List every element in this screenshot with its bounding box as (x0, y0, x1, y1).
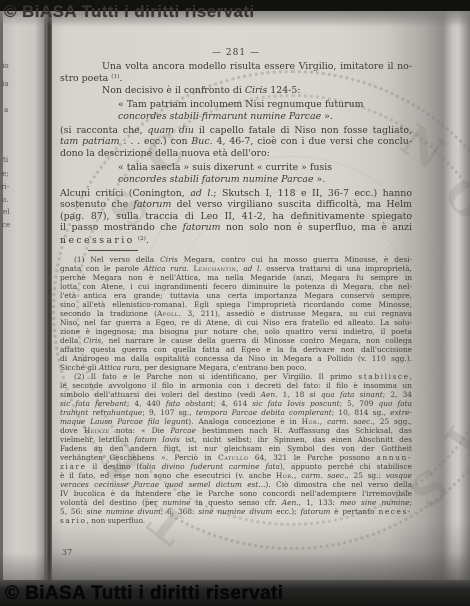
text-line: il passo mostrando che fatorum non solo … (60, 222, 412, 233)
scan-left-edge (0, 0, 3, 606)
text-line: le seconde avvolgono il filo in armonia … (60, 381, 412, 390)
text-line: « talia saecla » suis dixerunt « currite… (60, 162, 412, 173)
top-scan-band (0, 0, 470, 11)
text-line: ziare il destino (talia divino fuderunt … (60, 462, 412, 471)
text-line: sostenuto che fatorum del verso virgilia… (60, 199, 412, 210)
text-line: Niso, nel far guerra a Egeo, re di Atene… (60, 318, 412, 327)
text-line: Alcuni critici (Conington, ad l.; Skutsc… (60, 188, 412, 199)
text-line: Una volta ancora modello risulta essere … (60, 61, 412, 72)
text-line: stro poeta (1). (60, 72, 412, 84)
glyph: ti (3, 156, 8, 164)
text-line: dono la descrizione della nuova età dell… (60, 148, 412, 159)
footnotes: (1) Nel verso della Ciris Megara, contro… (60, 255, 412, 525)
text-line: concordes stabili firmarunt numine Parca… (60, 111, 412, 122)
bottom-scan-band (0, 580, 470, 606)
glyph: el (3, 208, 10, 216)
body-text: Una volta ancora modello risulta essere … (60, 61, 412, 246)
text-line: sario, non superfluo. (60, 516, 412, 525)
bottom-scan-shadow (0, 552, 470, 582)
text-line: della Ciris, nel narrare le cause della … (60, 336, 412, 345)
text-line: di Androgeo ma dalla ospitalità concessa… (60, 354, 412, 363)
text-line: sino all'età ellenistico-romana). Egli s… (60, 300, 412, 309)
text-line: concordes stabili fatorum numine Parcae … (60, 174, 412, 185)
text-line: sic fata ferebant; 4, 440 fata obstant; … (60, 399, 412, 408)
glyph: I (433, 417, 470, 463)
text-line: maque Lauso Parcae fila legunt). Analoga… (60, 417, 412, 426)
page-content: Una volta ancora modello risulta essere … (60, 61, 412, 525)
text-line: (1) Nel verso della Ciris Megara, contro… (60, 255, 412, 264)
glyph: ce (2, 221, 10, 229)
glyph: e; (2, 170, 9, 178)
text-line: IV bucolica è da intendere che le Parche… (60, 489, 412, 498)
page-number: — 281 — (60, 48, 412, 58)
glyph: a (4, 106, 8, 114)
glyph: R (460, 356, 470, 407)
glyph: O (433, 169, 470, 231)
text-line: (pag. 87), sulla traccia di Leo II, 41-2… (60, 211, 412, 222)
glyph: C (462, 237, 470, 286)
text-line: affatto questa guerra con quella fatta a… (60, 345, 412, 354)
text-line: Sicché gli Attica rura, per designare Me… (60, 363, 412, 372)
text-line: veraces cecinisse Parcae quod semel dict… (60, 480, 412, 489)
text-line: simbolo dell'attuarsi dei voleri del des… (60, 390, 412, 399)
text-line: perchè Megara non è nell'Attica, ma nell… (60, 273, 412, 282)
text-line: dove Heinze nota: « Die Parcae bestimmen… (60, 426, 412, 435)
text-line: vielmehr letztlich fatum Iovis ist, nich… (60, 435, 412, 444)
text-line: (2) Il fato e le Parche non si identific… (60, 372, 412, 381)
text-line: Non decisivo è il confronto di Ciris 124… (60, 85, 412, 96)
text-line: volontà del destino (per numine in quest… (60, 498, 412, 507)
text-line: secondo la tradizione (Apoll. 3, 211), a… (60, 309, 412, 318)
text-line: è il fato, ed esse non sono che esecutri… (60, 471, 412, 480)
text-line: Fadens an den andern fügt, ist nur gleic… (60, 444, 412, 453)
scanned-book-page: ioiaatie;ri-o.elce CNOCHRISTES — 281 — U… (0, 0, 470, 606)
text-line: tam patriam . . . ecc.) con Buc. 4, 46-7… (60, 136, 412, 147)
text-line: lotta con Atene, i cui ingrandimenti fec… (60, 282, 412, 291)
text-line: l'età antica era grande; tuttavia una ce… (60, 291, 412, 300)
text-line: verhängten Geschehens ». Perciò in Catul… (60, 453, 412, 462)
text-line: necessario (2). (60, 234, 412, 246)
text-line: gnata con le parole Attica rura. Lenchan… (60, 264, 412, 273)
text-line: trahunt retrahuntque; 9, 107 sg., tempor… (60, 408, 412, 417)
top-scan-fade (0, 11, 470, 26)
text-line: « Tam patriam incolumem Nisi regnumque f… (60, 99, 412, 110)
footnote-separator (88, 250, 138, 251)
text-line: (si racconta che, quam diu il capello fa… (60, 125, 412, 136)
text-line: 5, 56: sine numine divum; 6, 368: sine n… (60, 507, 412, 516)
facing-page-edge: ioiaatie;ri-o.elce (0, 0, 46, 606)
text-line: zione è ingegnosa; ma bisogna pur notare… (60, 327, 412, 336)
